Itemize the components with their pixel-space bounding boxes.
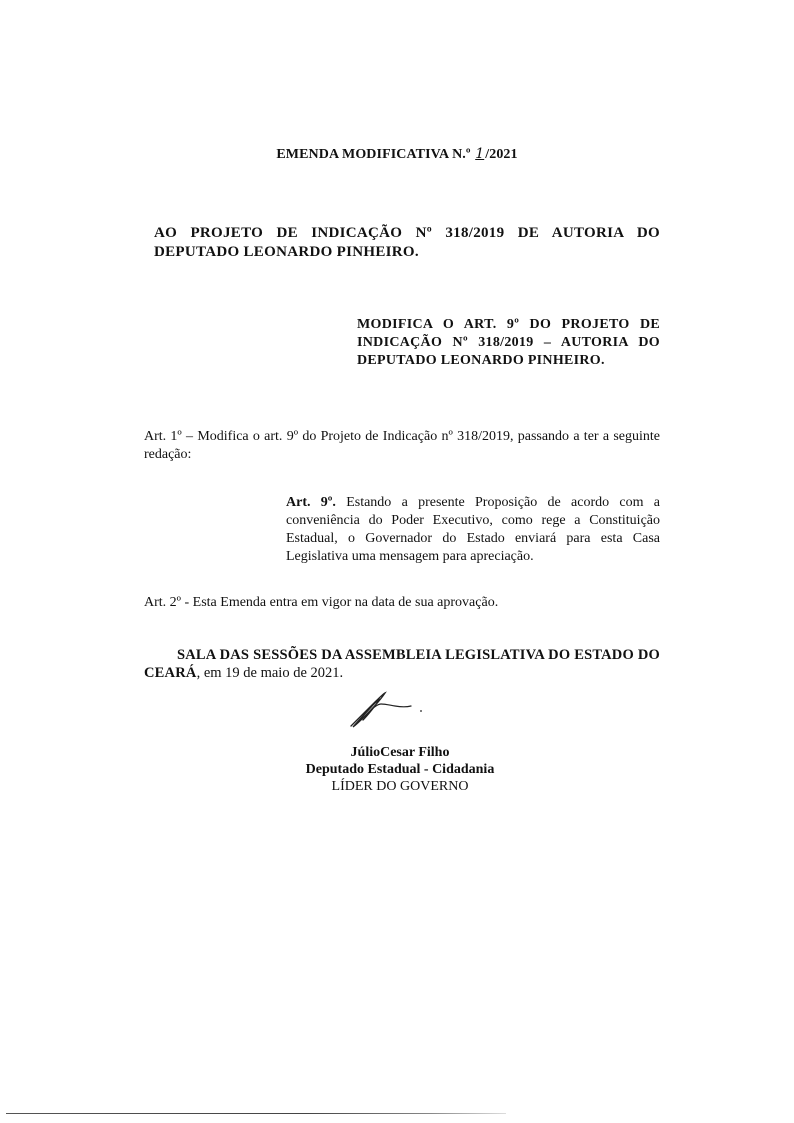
amendment-number: 1 bbox=[474, 146, 485, 162]
signer-position: LÍDER DO GOVERNO bbox=[250, 778, 550, 795]
title-prefix: EMENDA MODIFICATIVA N.º bbox=[276, 147, 474, 162]
document-summary: MODIFICA O ART. 9º DO PROJETO DE INDICAÇ… bbox=[357, 316, 660, 370]
signature-icon bbox=[345, 690, 435, 730]
document-page: EMENDA MODIFICATIVA N.º 1/2021 AO PROJET… bbox=[0, 0, 794, 1123]
signer-role: Deputado Estadual - Cidadania bbox=[250, 761, 550, 778]
quoted-article-label: Art. 9º. bbox=[286, 495, 336, 510]
document-title: EMENDA MODIFICATIVA N.º 1/2021 bbox=[0, 146, 794, 163]
closing-date: , em 19 de maio de 2021. bbox=[197, 665, 344, 681]
closing-statement: SALA DAS SESSÕES DA ASSEMBLEIA LEGISLATI… bbox=[144, 646, 660, 682]
signer-name: JúlioCesar Filho bbox=[250, 744, 550, 761]
document-heading: AO PROJETO DE INDICAÇÃO Nº 318/2019 DE A… bbox=[154, 224, 660, 262]
article-1: Art. 1º – Modifica o art. 9º do Projeto … bbox=[144, 428, 660, 464]
article-2: Art. 2º - Esta Emenda entra em vigor na … bbox=[144, 594, 660, 612]
quoted-article-9: Art. 9º. Estando a presente Proposição d… bbox=[286, 494, 660, 566]
title-suffix: /2021 bbox=[485, 147, 517, 162]
footer-divider bbox=[6, 1113, 506, 1114]
signer-block: JúlioCesar Filho Deputado Estadual - Cid… bbox=[250, 744, 550, 795]
quoted-article-text: Estando a presente Proposição de acordo … bbox=[286, 495, 660, 564]
